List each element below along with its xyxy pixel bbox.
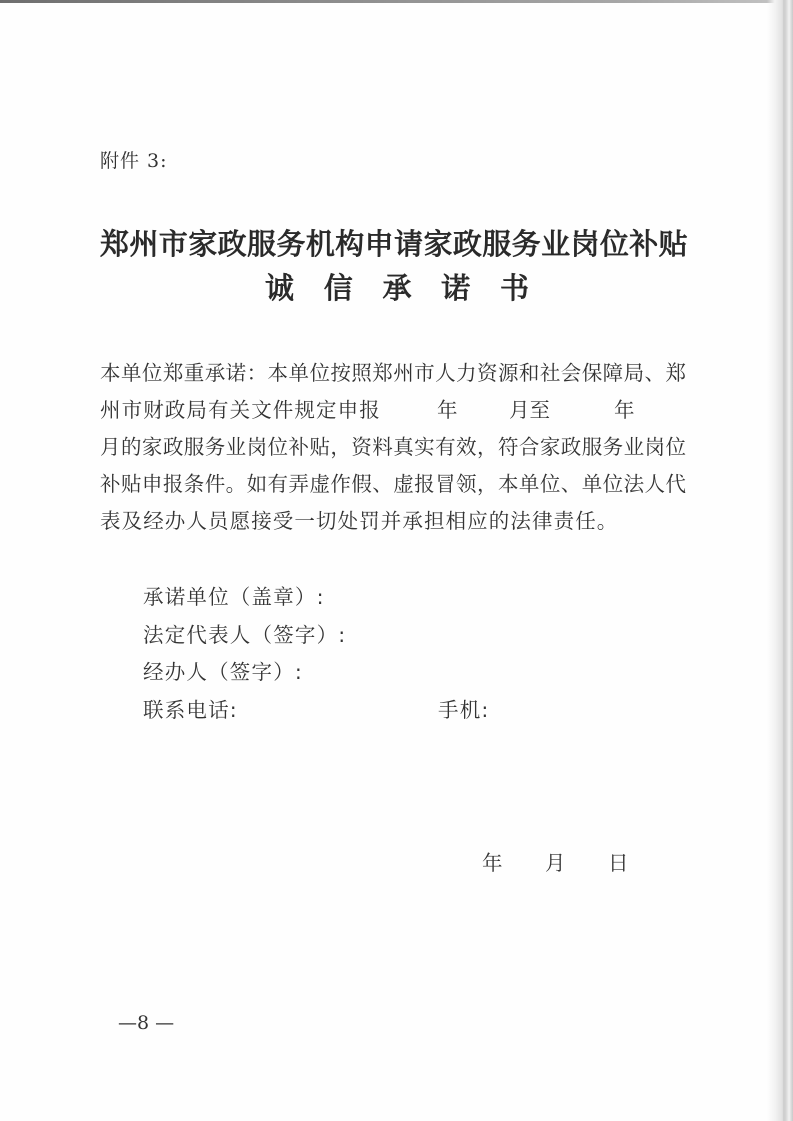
date-month-label: 月: [545, 846, 566, 876]
title-char: 信: [324, 271, 363, 305]
title-char: 诺: [441, 271, 480, 305]
title-char: 诚: [265, 271, 304, 305]
mobile-field[interactable]: [497, 699, 677, 723]
page-number: —8 —: [118, 1012, 174, 1034]
paragraph-line: 州市财政局有关文件规定申报: [100, 393, 381, 423]
phone-row: 联系电话:: [143, 693, 426, 723]
title-char: 承: [382, 271, 421, 305]
paragraph-line: 表及经办人员愿接受一切处罚并承担相应的法律责任。: [100, 504, 618, 534]
handler-signature-field[interactable]: [311, 661, 511, 685]
year-to-label: 年: [614, 393, 635, 423]
mobile-row: 手机:: [438, 693, 677, 723]
scan-edge-top: [0, 0, 793, 3]
unit-seal-field[interactable]: [332, 586, 532, 610]
year-from-label: 年: [437, 393, 458, 423]
binding-edge-shadow: [767, 0, 793, 1121]
document-title-line2: 诚 信 承 诺 书: [265, 266, 529, 307]
unit-seal-row: 承诺单位（盖章）:: [143, 580, 532, 610]
handler-row: 经办人（签字）:: [143, 655, 511, 685]
unit-seal-label: 承诺单位（盖章）:: [143, 585, 325, 609]
legal-rep-row: 法定代表人（签字）:: [143, 618, 554, 648]
title-char: 书: [500, 271, 529, 305]
binding-edge-line: [783, 0, 785, 1121]
document-page: 附件 3: 郑州市家政服务机构申请家政服务业岗位补贴 诚 信 承 诺 书 本单位…: [0, 0, 793, 1121]
month-to-label: 月至: [509, 393, 550, 423]
date-day-label: 日: [608, 846, 629, 876]
phone-label: 联系电话:: [143, 698, 238, 722]
legal-rep-signature-field[interactable]: [354, 624, 554, 648]
document-title-line1: 郑州市家政服务机构申请家政服务业岗位补贴: [100, 222, 688, 263]
attachment-label: 附件 3:: [100, 146, 168, 173]
legal-rep-label: 法定代表人（签字）:: [143, 623, 346, 647]
phone-field[interactable]: [246, 699, 426, 723]
handler-label: 经办人（签字）:: [143, 660, 303, 684]
paragraph-line: 本单位郑重承诺：本单位按照郑州市人力资源和社会保障局、郑: [100, 356, 686, 386]
mobile-label: 手机:: [438, 698, 490, 722]
paragraph-line: 补贴申报条件。如有弄虚作假、虚报冒领，本单位、单位法人代: [100, 467, 686, 497]
date-year-label: 年: [482, 846, 503, 876]
paragraph-line: 月的家政服务业岗位补贴，资料真实有效，符合家政服务业岗位: [100, 430, 686, 460]
